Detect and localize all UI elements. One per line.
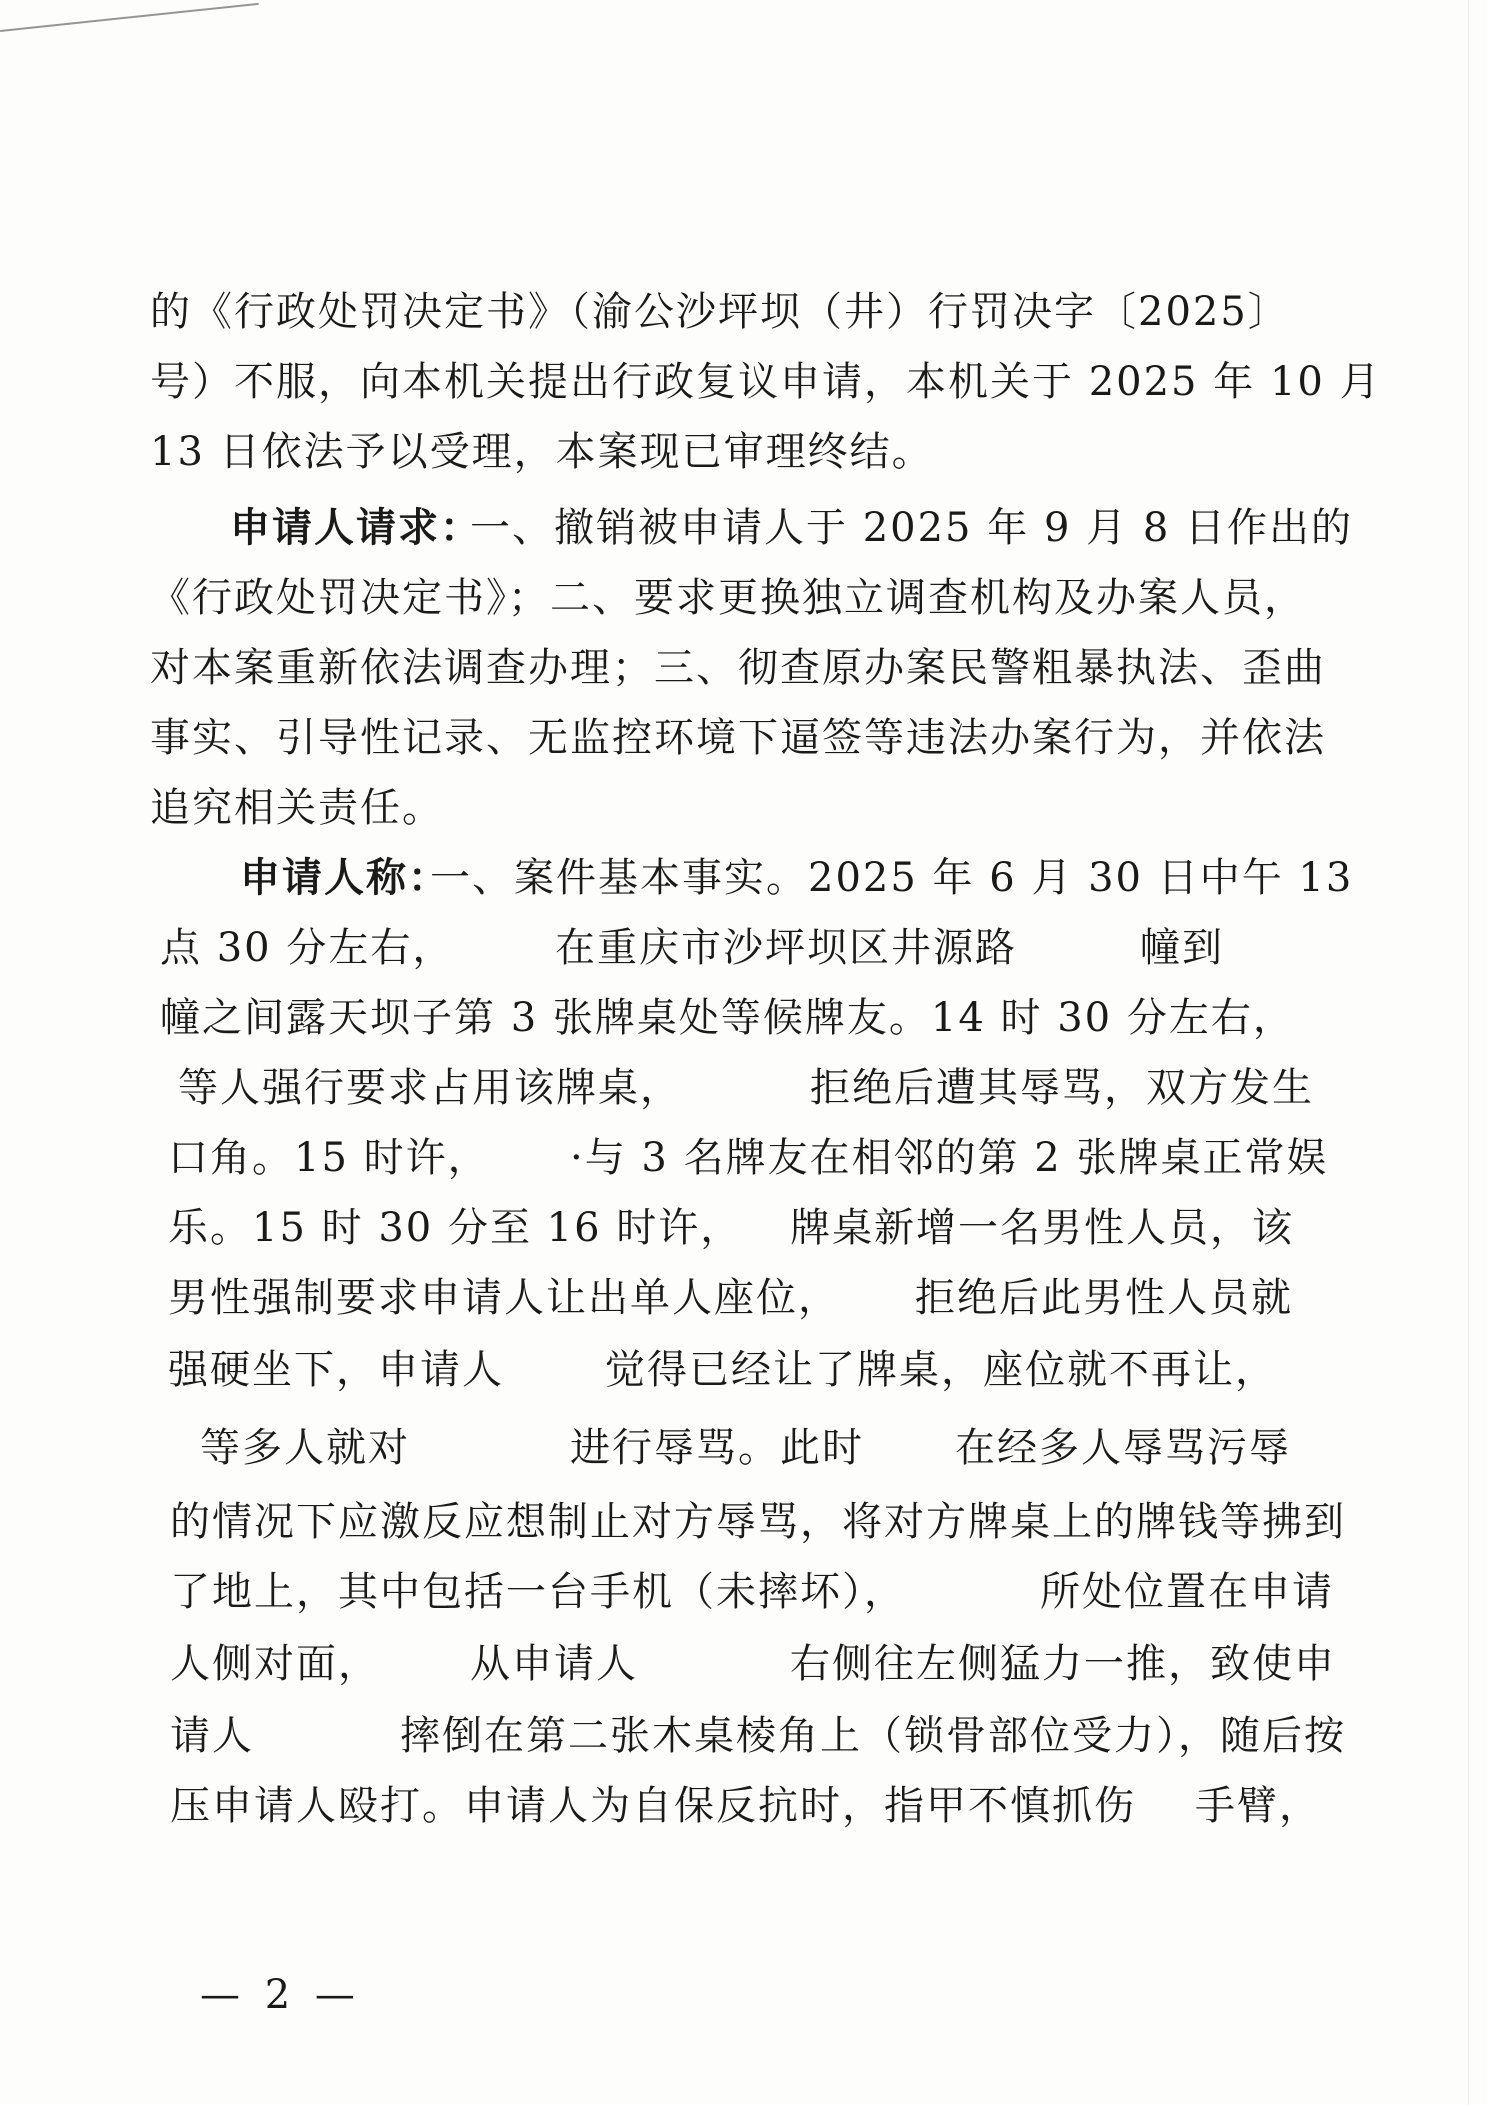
- text-line: 等人强行要求占用该牌桌，拒绝后遭其辱骂，双方发生: [0, 1058, 1487, 1118]
- section-heading: 申请人称：: [240, 848, 450, 908]
- text-segment: 幢之间露天坝子第 3 张牌桌处等候牌友。14 时 30 分左右，: [160, 988, 1295, 1048]
- page-number: — 2 —: [200, 1970, 361, 2020]
- text-segment: 的《行政处罚决定书》（渝公沙坪坝（井）行罚决字〔2025〕: [150, 282, 1290, 342]
- text-line: 对本案重新依法调查办理；三、彻查原办案民警粗暴执法、歪曲: [0, 638, 1487, 698]
- text-segment: 牌桌新增一名男性人员，该: [790, 1198, 1294, 1258]
- text-line: 申请人称：一、案件基本事实。2025 年 6 月 30 日中午 13: [0, 848, 1487, 908]
- text-segment: 在重庆市沙坪坝区井源路: [555, 918, 1017, 978]
- text-segment: ·与 3 名牌友在相邻的第 2 张牌桌正常娱: [570, 1128, 1328, 1188]
- text-segment: 人侧对面，: [170, 1634, 380, 1694]
- text-line: 等多人就对进行辱骂。此时在经多人辱骂污辱: [0, 1418, 1487, 1478]
- text-line: 点 30 分左右，在重庆市沙坪坝区井源路幢到: [0, 918, 1487, 978]
- text-line: 口角。15 时许，·与 3 名牌友在相邻的第 2 张牌桌正常娱: [0, 1128, 1487, 1188]
- text-segment: 所处位置在申请: [1040, 1562, 1334, 1622]
- text-segment: 拒绝后此男性人员就: [915, 1268, 1293, 1328]
- text-segment: 压申请人殴打。申请人为自保反抗时，指甲不慎抓伤: [170, 1776, 1136, 1836]
- text-line: 《行政处罚决定书》；二、要求更换独立调查机构及办案人员，: [0, 568, 1487, 628]
- text-segment: 等多人就对: [200, 1418, 410, 1478]
- text-segment: 拒绝后遭其辱骂，双方发生: [810, 1058, 1314, 1118]
- text-segment: 了地上，其中包括一台手机（未摔坏），: [170, 1562, 906, 1622]
- text-segment: 《行政处罚决定书》；二、要求更换独立调查机构及办案人员，: [150, 568, 1306, 628]
- text-line: 男性强制要求申请人让出单人座位，拒绝后此男性人员就: [0, 1268, 1487, 1328]
- text-segment: 觉得已经让了牌桌，座位就不再让，: [605, 1340, 1277, 1400]
- text-segment: 号）不服，向本机关提出行政复议申请，本机关于 2025 年 10 月: [150, 352, 1382, 412]
- text-segment: 男性强制要求申请人让出单人座位，: [168, 1268, 840, 1328]
- text-segment: 事实、引导性记录、无监控环境下逼签等违法办案行为，并依法: [150, 708, 1326, 768]
- text-segment: 等人强行要求占用该牌桌，: [178, 1058, 682, 1118]
- text-segment: 摔倒在第二张木桌棱角上（锁骨部位受力），随后按: [400, 1706, 1346, 1766]
- text-segment: 13 日依法予以受理，本案现已审理终结。: [150, 422, 934, 482]
- text-line: 乐。15 时 30 分至 16 时许，牌桌新增一名男性人员，该: [0, 1198, 1487, 1258]
- text-line: 申请人请求：一、撤销被申请人于 2025 年 9 月 8 日作出的: [0, 498, 1487, 558]
- text-segment: 一、案件基本事实。2025 年 6 月 30 日中午 13: [430, 848, 1353, 908]
- text-line: 了地上，其中包括一台手机（未摔坏），所处位置在申请: [0, 1562, 1487, 1622]
- text-segment: 点 30 分左右，: [160, 918, 454, 978]
- text-line: 13 日依法予以受理，本案现已审理终结。: [0, 422, 1487, 482]
- text-line: 幢之间露天坝子第 3 张牌桌处等候牌友。14 时 30 分左右，: [0, 988, 1487, 1048]
- text-segment: 手臂，: [1195, 1776, 1321, 1836]
- text-line: 的情况下应激反应想制止对方辱骂，将对方牌桌上的牌钱等拂到: [0, 1492, 1487, 1552]
- text-segment: 强硬坐下，申请人: [168, 1340, 504, 1400]
- text-segment: 的情况下应激反应想制止对方辱骂，将对方牌桌上的牌钱等拂到: [170, 1492, 1346, 1552]
- section-heading: 申请人请求：: [230, 498, 482, 558]
- text-line: 事实、引导性记录、无监控环境下逼签等违法办案行为，并依法: [0, 708, 1487, 768]
- text-segment: 口角。15 时许，: [168, 1128, 490, 1188]
- text-segment: 在经多人辱骂污辱: [955, 1418, 1291, 1478]
- text-line: 的《行政处罚决定书》（渝公沙坪坝（井）行罚决字〔2025〕: [0, 282, 1487, 342]
- text-line: 压申请人殴打。申请人为自保反抗时，指甲不慎抓伤手臂，: [0, 1776, 1487, 1836]
- document-page: 的《行政处罚决定书》（渝公沙坪坝（井）行罚决字〔2025〕号）不服，向本机关提出…: [0, 0, 1487, 2105]
- text-line: 号）不服，向本机关提出行政复议申请，本机关于 2025 年 10 月: [0, 352, 1487, 412]
- text-segment: 对本案重新依法调查办理；三、彻查原办案民警粗暴执法、歪曲: [150, 638, 1326, 698]
- text-line: 请人摔倒在第二张木桌棱角上（锁骨部位受力），随后按: [0, 1706, 1487, 1766]
- text-segment: 进行辱骂。此时: [570, 1418, 864, 1478]
- text-segment: 从申请人: [470, 1634, 638, 1694]
- text-segment: 幢到: [1140, 918, 1224, 978]
- text-segment: 乐。15 时 30 分至 16 时许，: [168, 1198, 742, 1258]
- text-segment: 请人: [170, 1706, 254, 1766]
- text-segment: 追究相关责任。: [150, 778, 444, 838]
- text-segment: 右侧往左侧猛力一推，致使申: [790, 1634, 1336, 1694]
- text-line: 人侧对面，从申请人右侧往左侧猛力一推，致使申: [0, 1634, 1487, 1694]
- text-segment: 一、撤销被申请人于 2025 年 9 月 8 日作出的: [470, 498, 1353, 558]
- text-line: 追究相关责任。: [0, 778, 1487, 838]
- text-line: 强硬坐下，申请人觉得已经让了牌桌，座位就不再让，: [0, 1340, 1487, 1400]
